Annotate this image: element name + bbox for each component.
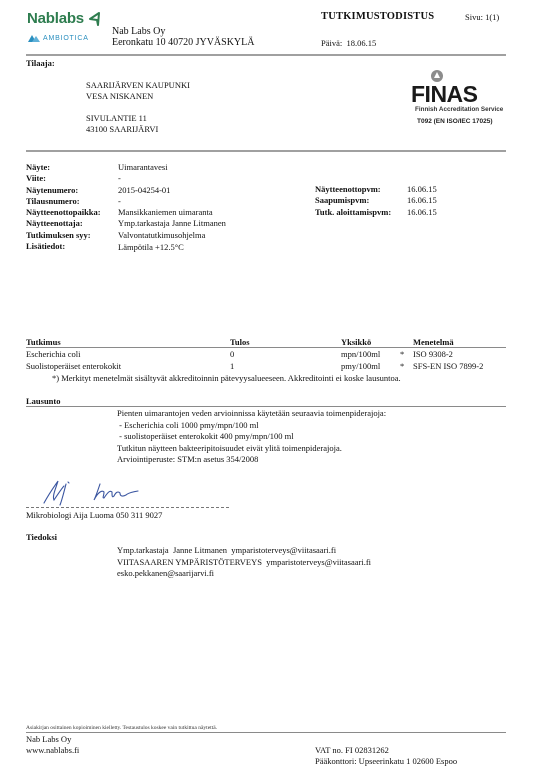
sampling-place-label: Näytteenottopaikka: [26,207,101,218]
cc-recipient: Ymp.tarkastaja Janne Litmanen ymparistot… [117,545,371,557]
cc-label: Tiedoksi [26,532,57,542]
col-header-result: Tulos [230,337,250,347]
customer-line: SAARIJÄRVEN KAUPUNKI [86,80,190,91]
statement-line: Tutkitun näytteen bakteeripitoisuudet ei… [117,443,386,455]
sample-info-values: Uimarantavesi - 2015-04254-01 - Mansikka… [118,162,226,253]
sampling-place-value: Mansikkaniemen uimaranta [118,207,226,218]
test-name: Suolistoperäiset enterokokit [26,361,121,371]
reference-value: - [118,173,226,184]
statement-label: Lausunto [26,396,61,406]
arrival-date-label: Saapumispvm: [315,195,391,206]
date-info-labels: Näytteenottopvm: Saapumispvm: Tutk. aloi… [315,184,391,218]
footer-divider-right [246,732,506,733]
cc-recipient: VIITASAAREN YMPÄRISTÖTERVEYS ymparistote… [117,557,371,569]
reason-label: Tutkimuksen syy: [26,230,101,241]
company-address: Eeronkatu 10 40720 JYVÄSKYLÄ [112,37,255,48]
cc-recipients: Ymp.tarkastaja Janne Litmanen ymparistot… [117,545,371,580]
ambiotica-icon [27,34,41,43]
footer-head-office: Pääkonttori: Upseerinkatu 1 02600 Espoo [315,756,457,767]
sample-label: Näyte: [26,162,101,173]
nablabs-flag-icon [88,12,100,26]
footer-company-block: Nab Labs Oy www.nablabs.fi [26,734,79,756]
sample-value: Uimarantavesi [118,162,226,173]
page-number: Sivu: 1(1) [465,12,499,22]
reference-label: Viite: [26,173,101,184]
sample-info-labels: Näyte: Viite: Näytenumero: Tilausnumero:… [26,162,101,252]
test-method: SFS-EN ISO 7899-2 [413,361,483,371]
customer-line: 43100 SAARIJÄRVI [86,124,190,135]
nablabs-logo: Nablabs [27,10,84,27]
statement-line: Arviointiperuste: STM:n asetus 354/2008 [117,454,386,466]
sample-number-value: 2015-04254-01 [118,185,226,196]
company-block: Nab Labs Oy Eeronkatu 10 40720 JYVÄSKYLÄ [112,26,255,48]
footer-divider-left [26,732,246,733]
footer-legal-block: VAT no. FI 02831262 Pääkonttori: Upseeri… [315,745,457,767]
reason-value: Valvontatutkimusohjelma [118,230,226,241]
col-header-test: Tutkimus [26,337,61,347]
sampling-date-label: Näytteenottopvm: [315,184,391,195]
arrival-date-value: 16.06.15 [407,195,437,206]
company-name: Nab Labs Oy [112,26,255,37]
test-result: 1 [230,361,234,371]
sampler-value: Ymp.tarkastaja Janne Litmanen [118,218,226,229]
signature-image [28,478,148,506]
test-unit: pmy/100ml [341,361,380,371]
statement-divider [26,406,506,407]
signer-name: Mikrobiologi Aija Luoma 050 311 9027 [26,510,162,521]
test-result: 0 [230,349,234,359]
order-number-label: Tilausnumero: [26,196,101,207]
footer-company: Nab Labs Oy [26,734,79,745]
customer-line: VESA NISKANEN [86,91,190,102]
test-name: Escherichia coli [26,349,81,359]
analysis-start-date-label: Tutk. aloittamispvm: [315,207,391,218]
order-number-value: - [118,196,226,207]
additional-info-label: Lisätiedot: [26,241,101,252]
statement-text: Pienten uimarantojen veden arvioinnissa … [117,408,386,466]
table-header-divider [26,347,506,348]
document-title: TUTKIMUSTODISTUS [321,11,434,22]
footer-website[interactable]: www.nablabs.fi [26,745,79,756]
accreditation-footnote: *) Merkityt menetelmät sisältyvät akkred… [52,373,401,383]
additional-info-value: Lämpötila +12.5°C [118,242,226,253]
date-label: Päivä: [321,38,342,48]
test-unit: mpn/100ml [341,349,380,359]
customer-label: Tilaaja: [26,58,55,68]
ambiotica-logo: AMBIOTICA [43,35,89,42]
accredited-mark: * [400,349,404,359]
footer-vat: VAT no. FI 02831262 [315,745,457,756]
finas-wordmark: FINAS [411,81,478,108]
test-method: ISO 9308-2 [413,349,453,359]
finas-subtitle: Finnish Accreditation Service [415,106,503,113]
header-divider [26,54,506,56]
statement-line: Pienten uimarantojen veden arvioinnissa … [117,408,386,420]
accredited-mark: * [400,361,404,371]
customer-address: SAARIJÄRVEN KAUPUNKI VESA NISKANEN SIVUL… [86,80,190,135]
document-date: Päivä: 18.06.15 [321,38,376,48]
statement-line: - Escherichia coli 1000 pmy/mpn/100 ml [117,420,386,432]
finas-code: T092 (EN ISO/IEC 17025) [417,118,493,125]
sampler-label: Näytteenottaja: [26,218,101,229]
finas-triangle-icon [434,72,440,78]
date-info-values: 16.06.15 16.06.15 16.06.15 [407,184,437,218]
date-value: 18.06.15 [347,38,377,48]
sampling-date-value: 16.06.15 [407,184,437,195]
signature-line [26,507,229,508]
col-header-method: Menetelmä [413,337,454,347]
statement-line: - suolistoperäiset enterokokit 400 pmy/m… [117,431,386,443]
col-header-unit: Yksikkö [341,337,371,347]
cc-recipient: esko.pekkanen@saarijarvi.fi [117,568,371,580]
analysis-start-date-value: 16.06.15 [407,207,437,218]
sample-number-label: Näytenumero: [26,185,101,196]
footer-disclaimer: Asiakirjan osittainen kopioiminen kielle… [26,725,217,731]
finas-accreditation-logo: FINAS Finnish Accreditation Service T092… [405,68,515,130]
customer-line: SIVULANTIE 11 [86,113,190,124]
customer-divider [26,150,506,152]
